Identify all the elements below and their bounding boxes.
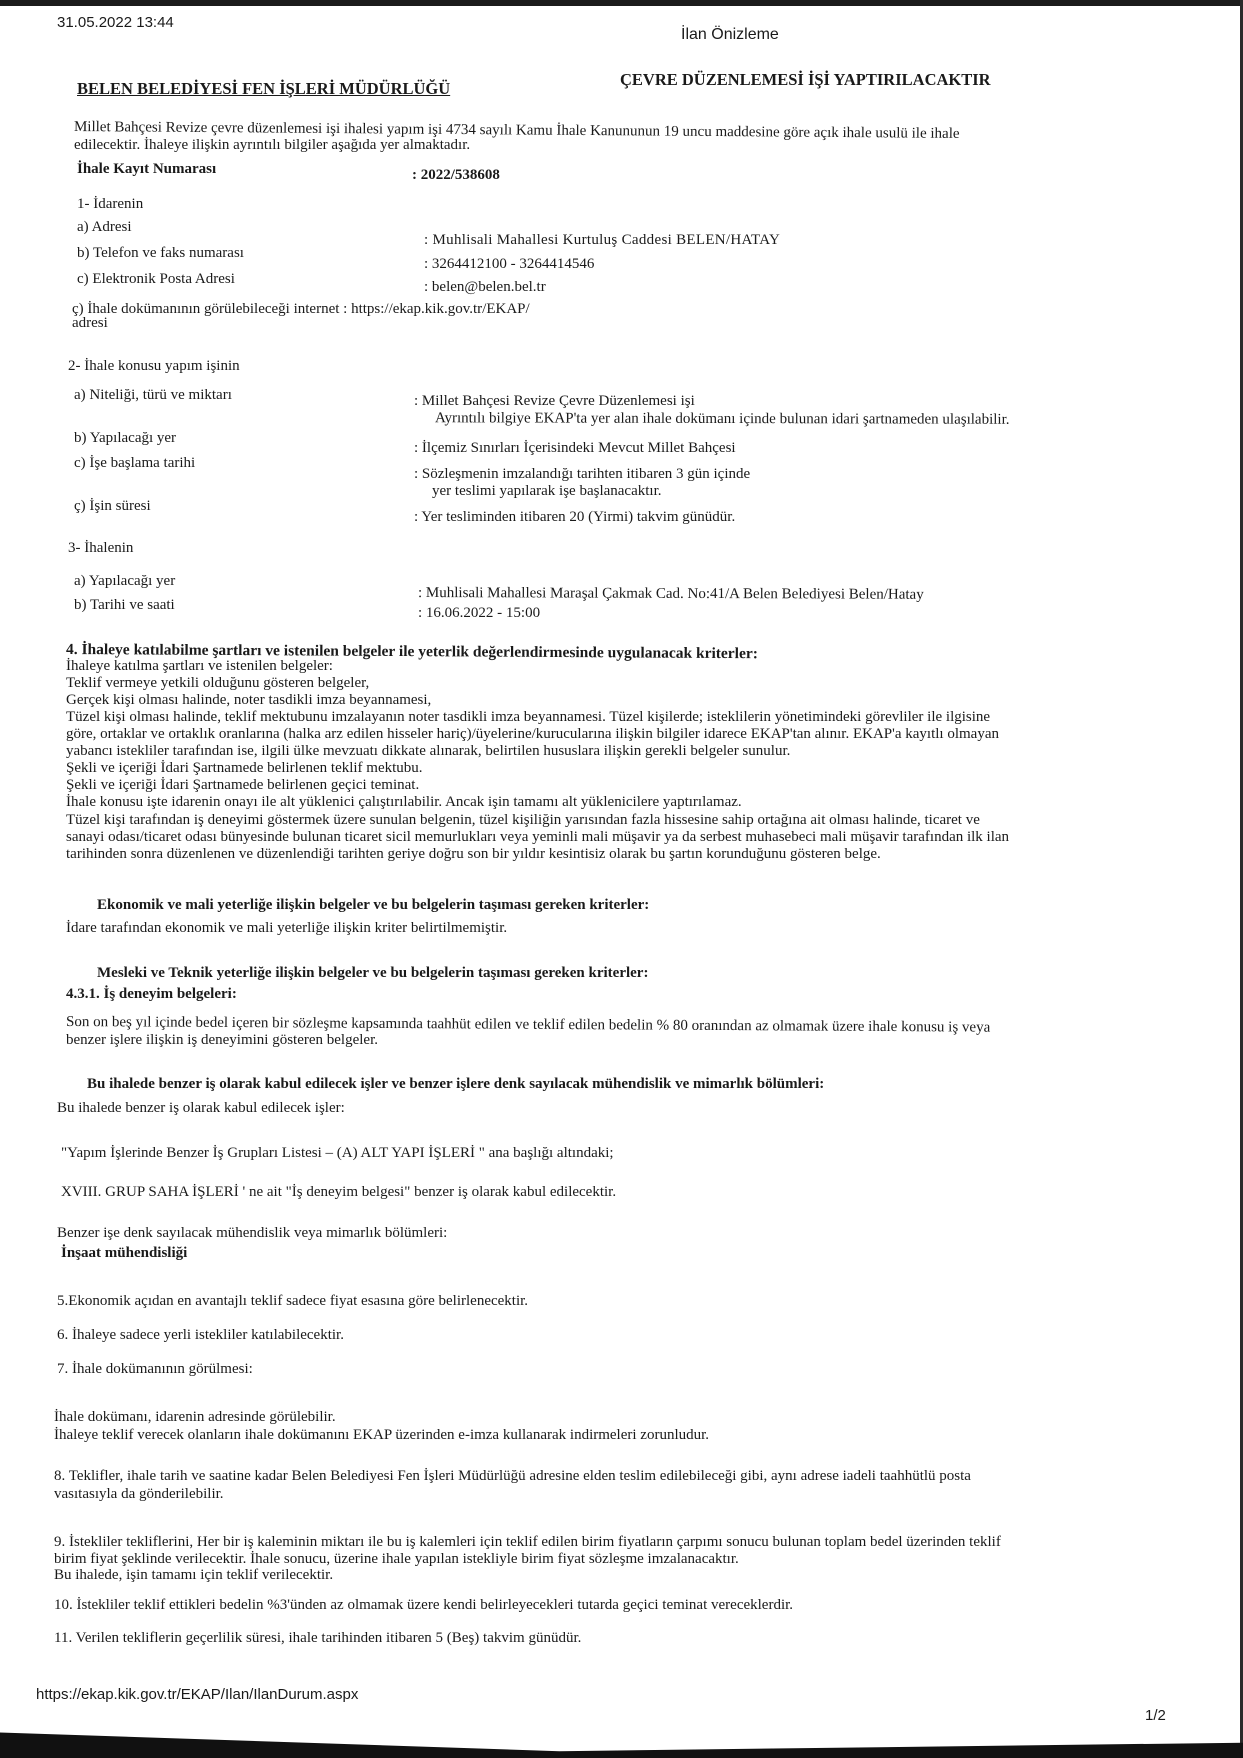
- registration-label: İhale Kayıt Numarası: [77, 162, 216, 177]
- economic-text: İdare tarafından ekonomik ve mali yeterl…: [66, 921, 507, 936]
- registration-value: : 2022/538608: [412, 168, 500, 183]
- section-1-value-c: : belen@belen.bel.tr: [424, 279, 546, 296]
- section-2-value-b: : İlçemiz Sınırları İçerisindeki Mevcut …: [414, 440, 736, 457]
- section-4-line: İhaleye katılma şartları ve istenilen be…: [66, 659, 333, 674]
- section-1-heading: 1- İdarenin: [77, 196, 143, 213]
- section-3-value-b: : 16.06.2022 - 15:00: [418, 605, 540, 622]
- section-11: 11. Verilen tekliflerin geçerlilik süres…: [54, 1631, 581, 1646]
- section-9-line-2: birim fiyat şeklinde verilecektir. İhale…: [54, 1552, 739, 1567]
- section-2-value-d: : Yer tesliminden itibaren 20 (Yirmi) ta…: [414, 509, 735, 526]
- engineering-value: İnşaat mühendisliği: [61, 1246, 187, 1261]
- page-header-title: İlan Önizleme: [681, 26, 779, 44]
- section-4-line: Şekli ve içeriği İdari Şartnamede belirl…: [66, 761, 423, 776]
- section-8-line-2: vasıtasıyla da gönderilebilir.: [54, 1487, 224, 1502]
- section-2-label-a: a) Niteliği, türü ve miktarı: [74, 387, 232, 404]
- section-1-internet-line-2: adresi: [72, 315, 108, 332]
- section-2-value-c: : Sözleşmenin imzalandığı tarihten itiba…: [414, 466, 750, 483]
- section-9-line-3: Bu ihalede, işin tamamı için teklif veri…: [54, 1568, 333, 1583]
- scan-edge-top: [0, 0, 1243, 6]
- similar-heading: Bu ihalede benzer iş olarak kabul edilec…: [87, 1077, 824, 1092]
- section-2-heading: 2- İhale konusu yapım işinin: [68, 358, 240, 375]
- section-4-line: İhale konusu işte idarenin onayı ile alt…: [66, 795, 742, 810]
- section-3-value-a: : Muhlisali Mahallesi Maraşal Çakmak Cad…: [418, 585, 924, 604]
- section-7-line-1: İhale dokümanı, idarenin adresinde görül…: [54, 1410, 336, 1425]
- engineering-intro: Benzer işe denk sayılacak mühendislik ve…: [57, 1226, 447, 1241]
- section-4-line: göre, ortaklar ve ortaklık oranlarına (h…: [66, 727, 999, 742]
- section-4-line: Teklif vermeye yetkili olduğunu gösteren…: [66, 676, 369, 691]
- similar-intro: Bu ihalede benzer iş olarak kabul edilec…: [57, 1101, 345, 1116]
- section-5: 5.Ekonomik açıdan en avantajlı teklif sa…: [57, 1294, 528, 1309]
- technical-heading: Mesleki ve Teknik yeterliğe ilişkin belg…: [97, 966, 648, 981]
- section-1-label-b: b) Telefon ve faks numarası: [77, 245, 244, 262]
- experience-heading: 4.3.1. İş deneyim belgeleri:: [66, 987, 237, 1002]
- section-4-line: yabancı istekliler tarafından ise, ilgil…: [66, 744, 790, 759]
- section-1-label-c: c) Elektronik Posta Adresi: [77, 271, 235, 288]
- section-2-value-a: : Millet Bahçesi Revize Çevre Düzenlemes…: [414, 393, 695, 410]
- section-1-value-b: : 3264412100 - 3264414546: [424, 256, 594, 273]
- section-4-line: sanayi odası/ticaret odası bünyesinde bu…: [66, 830, 1009, 845]
- section-9-line-1: 9. İstekliler tekliflerini, Her bir iş k…: [54, 1535, 1001, 1550]
- section-7-heading: 7. İhale dokümanının görülmesi:: [57, 1362, 253, 1377]
- section-7-line-2: İhaleye teklif verecek olanların ihale d…: [54, 1428, 709, 1443]
- section-3-label-a: a) Yapılacağı yer: [74, 573, 175, 590]
- section-2-value-a-detail: Ayrıntılı bilgiye EKAP'ta yer alan ihale…: [435, 410, 1010, 429]
- section-10: 10. İstekliler teklif ettikleri bedelin …: [54, 1598, 793, 1613]
- scan-edge-bottom: [0, 1724, 1243, 1758]
- section-2-label-b: b) Yapılacağı yer: [74, 430, 176, 447]
- footer-url[interactable]: https://ekap.kik.gov.tr/EKAP/Ilan/IlanDu…: [36, 1686, 358, 1703]
- section-1-value-a: : Muhlisali Mahallesi Kurtuluş Caddesi B…: [424, 232, 780, 249]
- section-1-internet-line-1: ç) İhale dokümanının görülebileceği inte…: [72, 301, 530, 318]
- section-3-heading: 3- İhalenin: [68, 540, 133, 557]
- organization-title: BELEN BELEDİYESİ FEN İŞLERİ MÜDÜRLÜĞÜ: [77, 79, 450, 99]
- document-title: ÇEVRE DÜZENLEMESİ İŞİ YAPTIRILACAKTIR: [620, 70, 991, 90]
- section-4-line: Tüzel kişi tarafından iş deneyimi göster…: [66, 813, 980, 828]
- section-4-line: Tüzel kişi olması halinde, teklif mektub…: [66, 710, 990, 725]
- section-4-line: Şekli ve içeriği İdari Şartnamede belirl…: [66, 778, 419, 793]
- section-6: 6. İhaleye sadece yerli istekliler katıl…: [57, 1328, 344, 1343]
- section-4-line: tarihinden sonra düzenlenen ve düzenlend…: [66, 847, 881, 862]
- section-4-line: Gerçek kişi olması halinde, noter tasdik…: [66, 693, 431, 708]
- intro-line-2: edilecektir. İhaleye ilişkin ayrıntılı b…: [74, 138, 470, 153]
- similar-line-1: "Yapım İşlerinde Benzer İş Grupları List…: [61, 1146, 614, 1161]
- experience-line-2: benzer işlere ilişkin iş deneyimini göst…: [66, 1033, 378, 1048]
- similar-line-2: XVIII. GRUP SAHA İŞLERİ ' ne ait "İş den…: [61, 1185, 616, 1200]
- economic-heading: Ekonomik ve mali yeterliğe ilişkin belge…: [97, 898, 649, 913]
- section-3-label-b: b) Tarihi ve saati: [74, 597, 175, 614]
- page-number: 1/2: [1145, 1707, 1166, 1724]
- section-2-label-c: c) İşe başlama tarihi: [74, 455, 195, 472]
- section-2-value-c-detail: yer teslimi yapılarak işe başlanacaktır.: [432, 483, 662, 500]
- section-8-line-1: 8. Teklifler, ihale tarih ve saatine kad…: [54, 1469, 971, 1484]
- print-datetime: 31.05.2022 13:44: [57, 14, 174, 31]
- section-1-label-a: a) Adresi: [77, 219, 132, 236]
- section-2-label-d: ç) İşin süresi: [74, 498, 151, 515]
